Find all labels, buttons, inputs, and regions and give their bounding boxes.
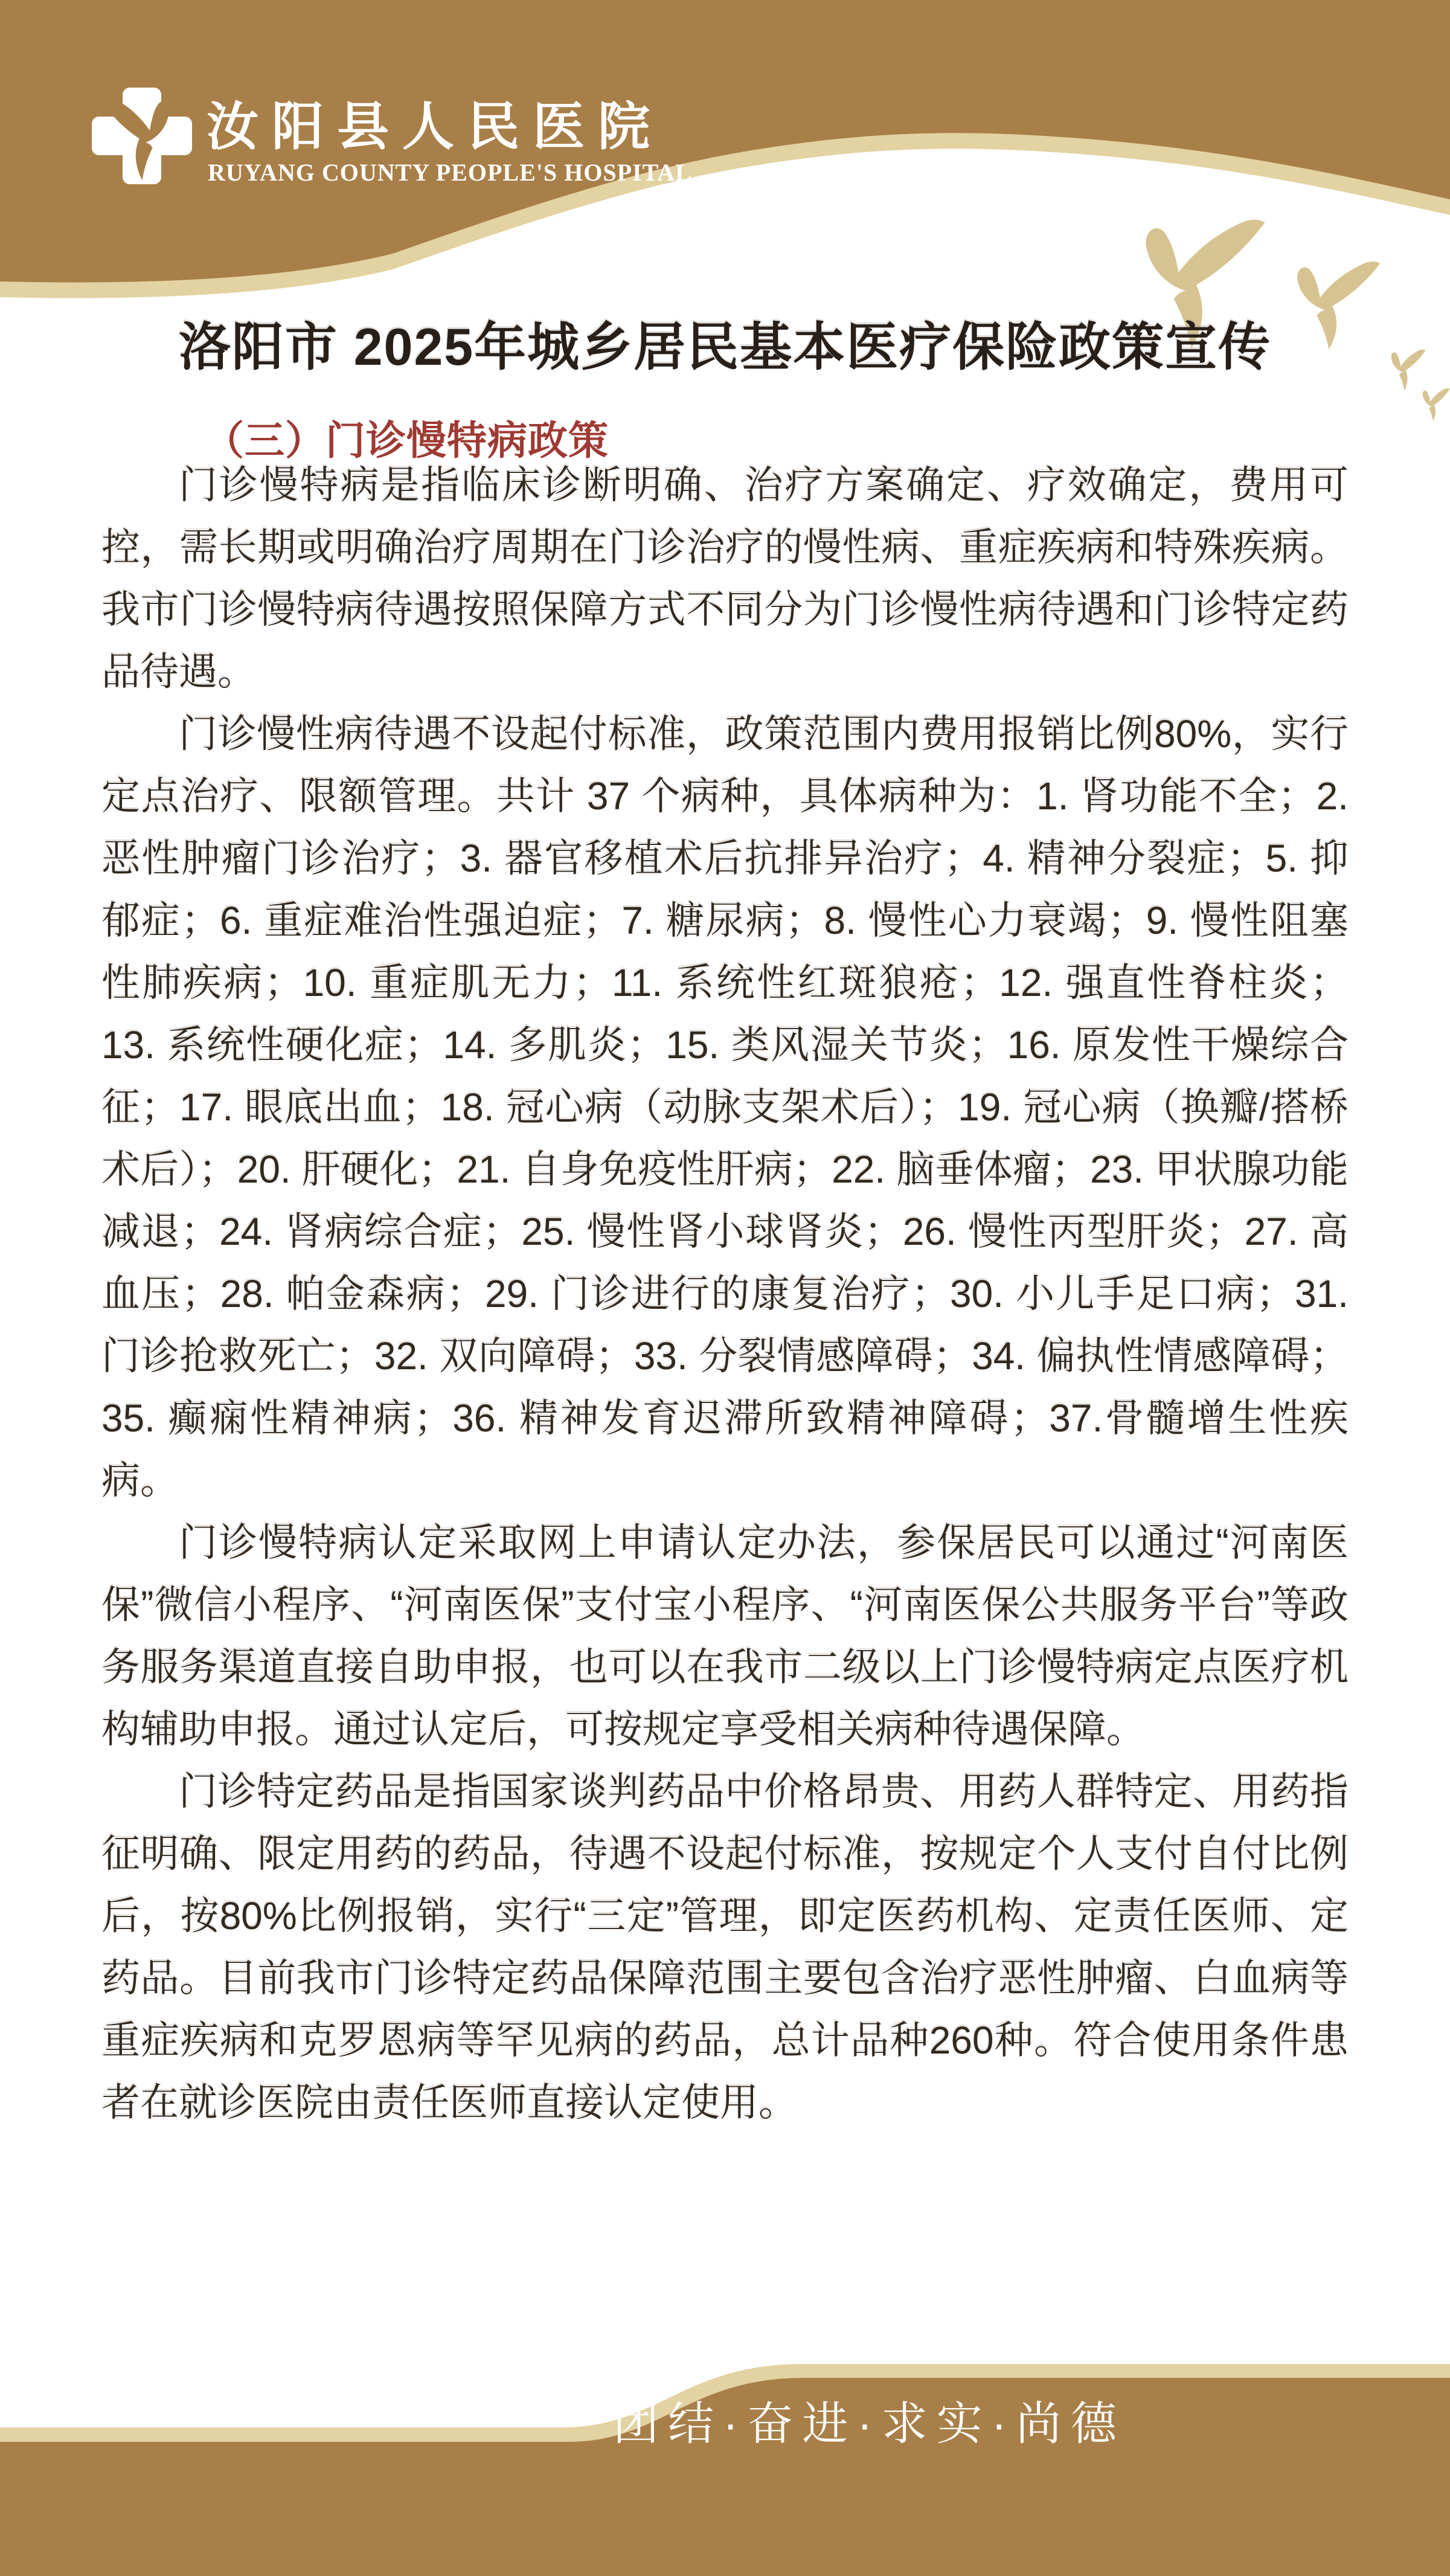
hospital-name-english: RUYANG COUNTY PEOPLE'S HOSPITAL: [208, 158, 751, 187]
bird-icon: [1423, 388, 1450, 421]
page-title: 洛阳市 2025年城乡居民基本医疗保险政策宣传: [0, 305, 1450, 380]
paragraph: 门诊特定药品是指国家谈判药品中价格昂贵、用药人群特定、用药指征明确、限定用药的药…: [101, 1761, 1349, 2134]
poster: 汝阳县人民医院 RUYANG COUNTY PEOPLE'S HOSPITAL …: [0, 0, 1450, 2576]
hospital-logo: [91, 86, 193, 186]
footer-motto: 团结·奋进·求实·尚德: [613, 2387, 1338, 2453]
paragraph: 门诊慢特病认定采取网上申请认定办法，参保居民可以通过“河南医保”微信小程序、“河…: [101, 1512, 1349, 1761]
policy-body: 门诊慢特病是指临床诊断明确、治疗方案确定、疗效确定，费用可控，需长期或明确治疗周…: [101, 454, 1349, 2134]
paragraph: 门诊慢特病是指临床诊断明确、治疗方案确定、疗效确定，费用可控，需长期或明确治疗周…: [101, 454, 1349, 703]
paragraph: 门诊慢性病待遇不设起付标准，政策范围内费用报销比例80%，实行定点治疗、限额管理…: [101, 703, 1349, 1512]
footer-banner-shape: [0, 2346, 1450, 2576]
hospital-name: 汝阳县人民医院: [207, 85, 750, 159]
